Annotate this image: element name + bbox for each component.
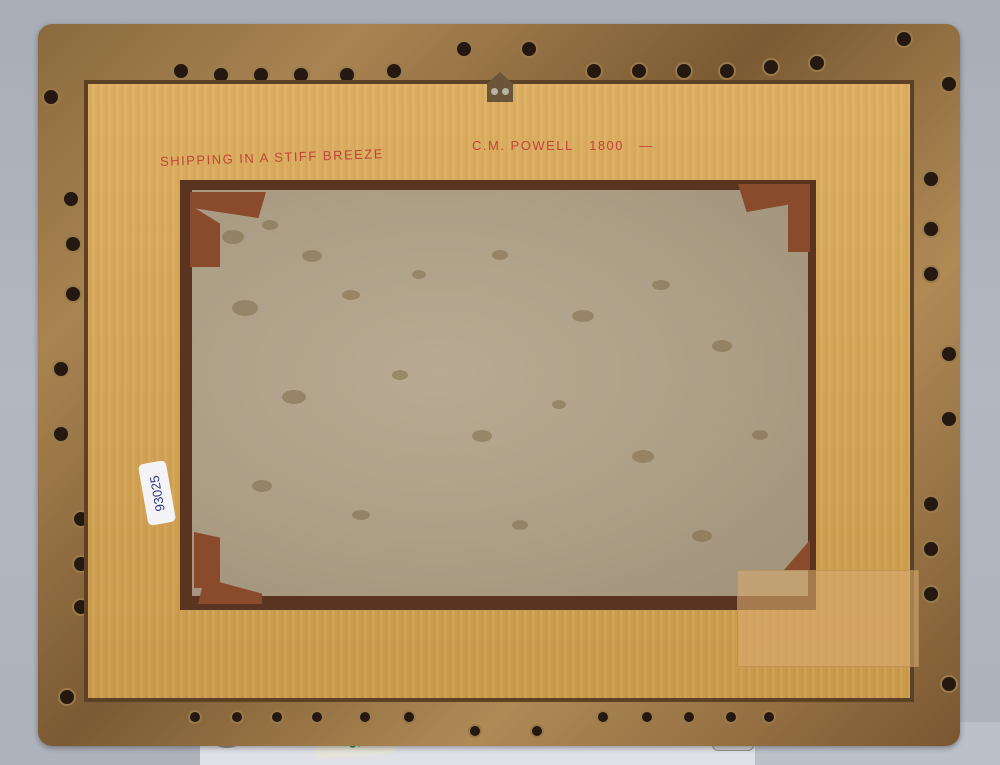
frame-hole [58,688,76,706]
frame-hole [895,30,913,48]
frame-hole [402,710,416,724]
frame-hole [922,495,940,513]
frame-hole [52,360,70,378]
frame-hole [596,710,610,724]
frame-hole [922,220,940,238]
stain-spot [712,340,732,352]
frame-hole [922,585,940,603]
stain-spot [652,280,670,290]
frame-hole [520,40,538,58]
artist-inscription: C.M. POWELL 1800 — [472,138,654,153]
frame-hole [808,54,826,72]
frame-hole [385,62,403,80]
frame-hole [675,62,693,80]
frame-hole [585,62,603,80]
frame-hole [468,724,482,738]
frame-hole [940,410,958,428]
stain-spot [392,370,408,380]
stain-spot [262,220,278,230]
inventory-number: 93025 [146,474,167,512]
frame-hole [52,425,70,443]
frame-hole [188,710,202,724]
stain-spot [282,390,306,404]
frame-hole [172,62,190,80]
frame-hole [682,710,696,724]
frame-hole [922,170,940,188]
artist-name: C.M. POWELL [472,138,574,153]
stain-spot [552,400,566,409]
inscription-date: 1800 [589,138,624,153]
stain-spot [352,510,370,520]
frame-hole [64,285,82,303]
frame-hole [310,710,324,724]
stain-spot [572,310,594,322]
frame-hole [640,710,654,724]
corner-key-top-right-side [788,196,810,252]
frame-hole [762,710,776,724]
frame-hole [270,710,284,724]
frame-hole [940,75,958,93]
frame-hole [922,540,940,558]
stain-spot [752,430,768,440]
stain-spot [302,250,322,262]
frame-hole [230,710,244,724]
frame-hole [42,88,60,106]
stain-spot [472,430,492,442]
tape-patch [737,570,919,667]
frame-hole [940,345,958,363]
frame-hole [455,40,473,58]
canvas-reverse [192,190,808,596]
frame-hole [922,265,940,283]
stain-spot [692,530,712,542]
frame-hole [724,710,738,724]
frame-hole [718,62,736,80]
frame-hole [62,190,80,208]
frame-hole [358,710,372,724]
stain-spot [512,520,528,530]
stain-spot [632,450,654,463]
frame-hole [940,675,958,693]
stain-spot [342,290,360,300]
stain-spot [252,480,272,492]
frame-hole [762,58,780,76]
inscription-dash: — [639,138,654,153]
stain-spot [412,270,426,279]
frame-hole [64,235,82,253]
stain-spot [222,230,244,244]
frame-hole [530,724,544,738]
frame-hole [630,62,648,80]
stain-spot [492,250,508,260]
stain-spot [232,300,258,316]
